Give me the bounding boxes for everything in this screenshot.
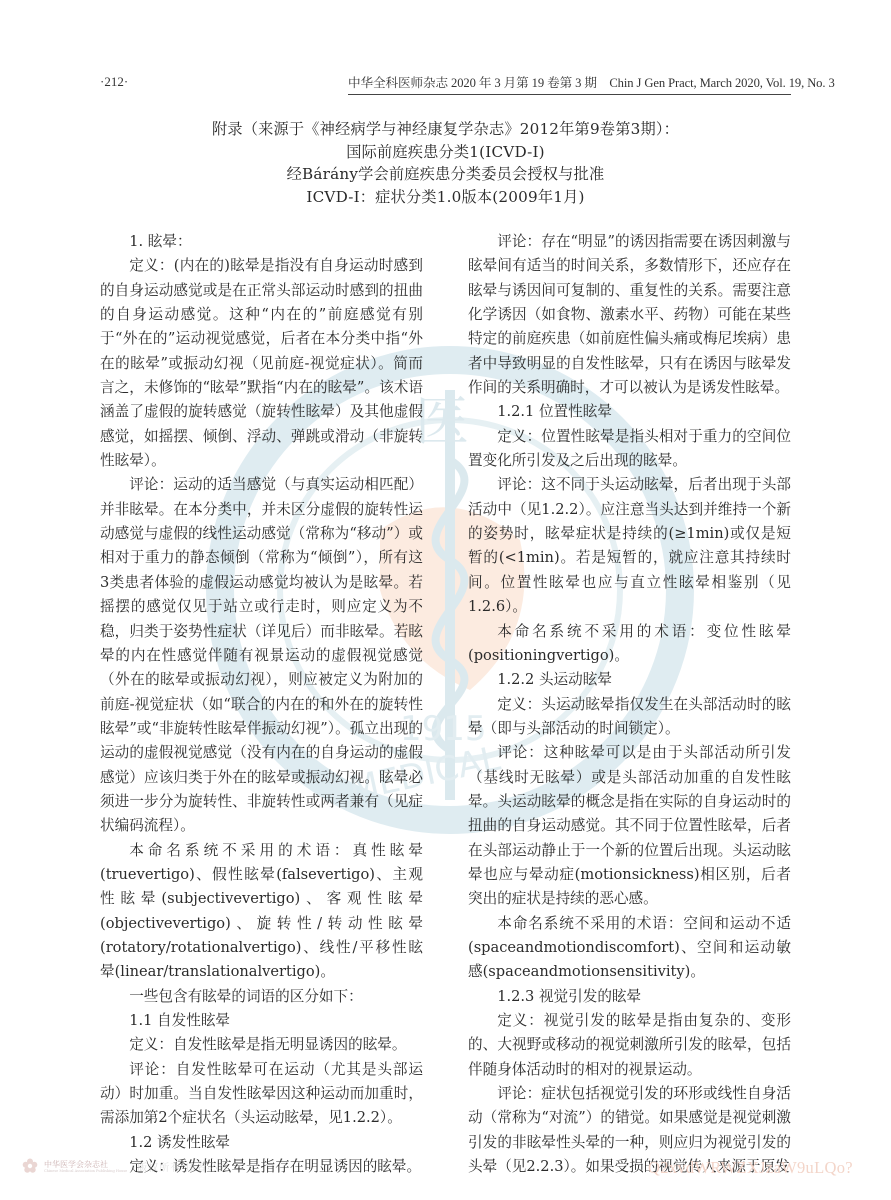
paragraph-definition: 定义：自发性眩晕是指无明显诱因的眩晕。	[100, 1033, 423, 1057]
paragraph-comment: 评论：这不同于头运动眩晕，后者出现于头部活动中（见1.2.2）。应注意当头达到并…	[468, 473, 791, 619]
right-column: 评论：存在“明显”的诱因指需要在诱因刺激与眩晕间有适当的时间关系，多数情形下，还…	[468, 230, 791, 1179]
title-line-version: ICVD-I：症状分类1.0版本(2009年1月)	[0, 186, 891, 209]
page-number: ·212·	[100, 74, 128, 90]
section-heading-1-2-1: 1.2.1 位置性眩晕	[468, 400, 791, 424]
title-line-authorization: 经Bárány学会前庭疾患分类委员会授权与批准	[0, 163, 891, 186]
publisher-name-en: Chinese Medical Association Publishing H…	[44, 1169, 127, 1173]
tracking-code: Q2xvdWRWZXJzaW9uLQo?	[648, 1158, 853, 1178]
paragraph-excluded-terms: 本命名系统不采用的术语：真性眩晕(truevertigo)、假性眩晕(false…	[100, 839, 423, 985]
paragraph-intro: 一些包含有眩晕的词语的区分如下：	[100, 985, 423, 1009]
paragraph-excluded-terms: 本命名系统不采用的术语：变位性眩晕(positioningvertigo)。	[468, 620, 791, 669]
section-heading-1-1: 1.1 自发性眩晕	[100, 1009, 423, 1033]
publisher-logo-icon	[22, 1158, 38, 1174]
left-column: 1. 眩晕： 定义：(内在的)眩晕是指没有自身运动时感到的自身运动感觉或是在正常…	[100, 230, 423, 1179]
publisher-footer: 中华医学会杂志社 Chinese Medical Association Pub…	[22, 1158, 229, 1174]
section-heading-1-2: 1.2 诱发性眩晕	[100, 1131, 423, 1155]
paragraph-comment: 评论：自发性眩晕可在运动（尤其是头部运动）时加重。当自发性眩晕因这种运动而加重时…	[100, 1058, 423, 1131]
section-heading-1-2-3: 1.2.3 视觉引发的眩晕	[468, 985, 791, 1009]
paragraph-excluded-terms: 本命名系统不采用的术语：空间和运动不适(spaceandmotiondiscom…	[468, 912, 791, 985]
section-heading-vertigo: 1. 眩晕：	[100, 230, 423, 254]
paragraph-definition: 定义：位置性眩晕是指头相对于重力的空间位置变化所引发及之后出现的眩晕。	[468, 425, 791, 474]
paragraph-definition: 定义：(内在的)眩晕是指没有自身运动时感到的自身运动感觉或是在正常头部运动时感到…	[100, 254, 423, 473]
paragraph-comment: 评论：存在“明显”的诱因指需要在诱因刺激与眩晕间有适当的时间关系，多数情形下，还…	[468, 230, 791, 400]
paragraph-definition: 定义：视觉引发的眩晕是指由复杂的、变形的、大视野或移动的视觉刺激所引发的眩晕，包…	[468, 1009, 791, 1082]
section-heading-1-2-2: 1.2.2 头运动眩晕	[468, 668, 791, 692]
svg-text:医: 医	[415, 390, 469, 453]
publisher-name-cn: 中华医学会杂志社	[44, 1160, 127, 1169]
copyright-notice: 版权所有 违者必究	[137, 1159, 229, 1174]
running-header: ·212· 中华全科医师杂志 2020 年 3 月第 19 卷第 3 期 Chi…	[0, 72, 891, 96]
paragraph-definition: 定义：头运动眩晕指仅发生在头部活动时的眩晕（即与头部活动的时间锁定）。	[468, 693, 791, 742]
title-line-classification: 国际前庭疾患分类1(ICVD-I)	[0, 141, 891, 164]
journal-citation: 中华全科医师杂志 2020 年 3 月第 19 卷第 3 期 Chin J Ge…	[348, 72, 791, 95]
paragraph-comment: 评论：这种眩晕可以是由于头部活动所引发（基线时无眩晕）或是头部活动加重的自发性眩…	[468, 741, 791, 911]
title-line-source: 附录（来源于《神经病学与神经康复学杂志》2012年第9卷第3期）：	[0, 118, 891, 141]
paragraph-comment: 评论：运动的适当感觉（与真实运动相匹配）并非眩晕。在本分类中，并未区分虚假的旋转…	[100, 473, 423, 838]
appendix-title-block: 附录（来源于《神经病学与神经康复学杂志》2012年第9卷第3期）： 国际前庭疾患…	[0, 118, 891, 208]
